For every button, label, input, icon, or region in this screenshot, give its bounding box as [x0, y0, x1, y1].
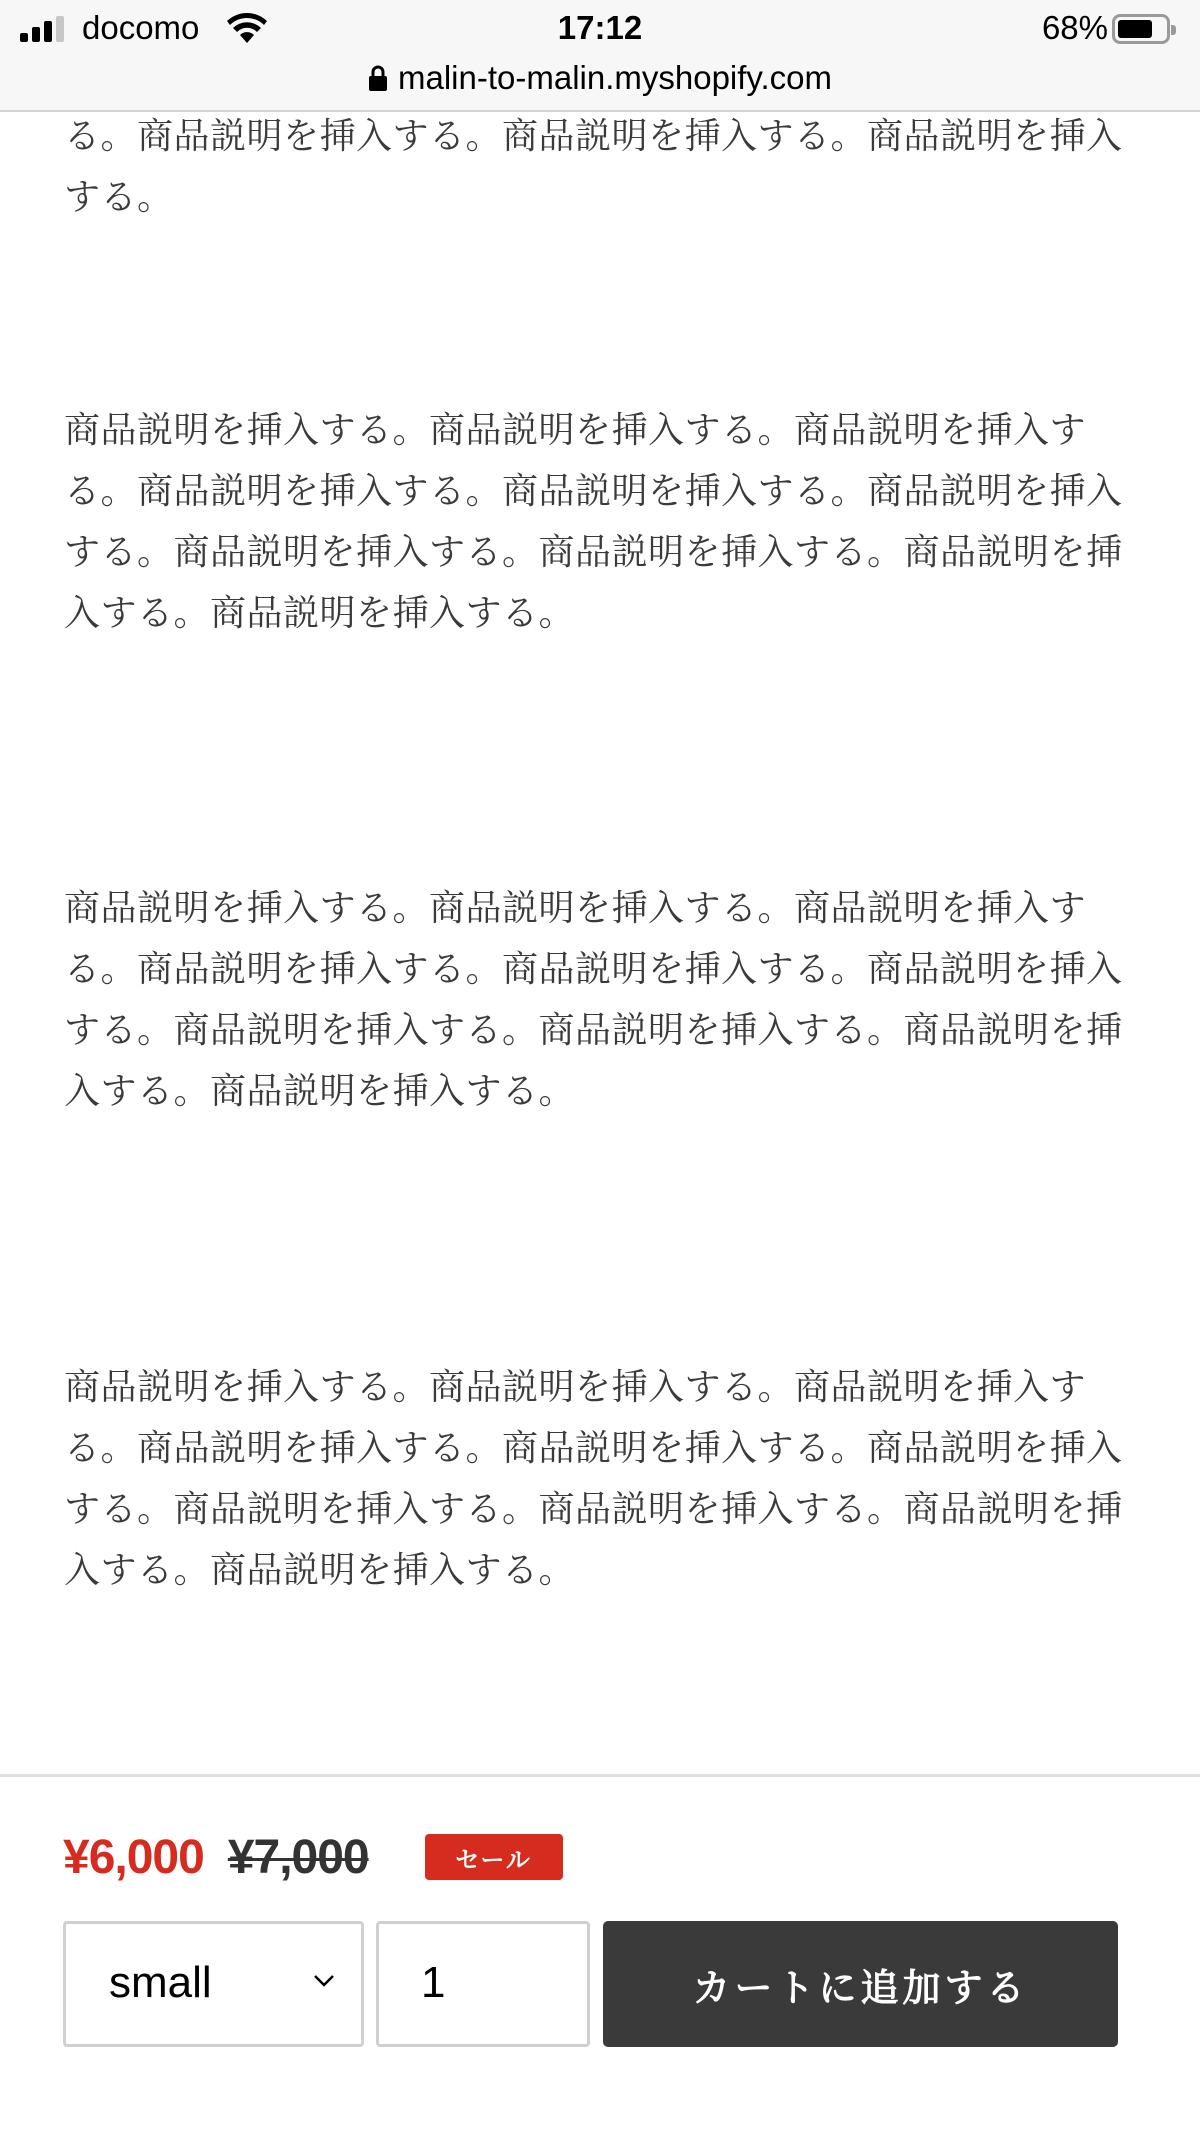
- compare-at-price: ¥7,000: [228, 1830, 369, 1885]
- purchase-controls: small 1 カートに追加する: [63, 1921, 1118, 2047]
- battery-percent: 68%: [1042, 9, 1108, 47]
- description-paragraph: 商品説明を挿入する。商品説明を挿入する。商品説明を挿入する。商品説明を挿入する。…: [64, 400, 1126, 644]
- url-bar[interactable]: malin-to-malin.myshopify.com: [0, 58, 1200, 110]
- chevron-down-icon: [313, 1974, 335, 1988]
- url-text: malin-to-malin.myshopify.com: [398, 59, 832, 97]
- lock-icon: [368, 64, 388, 92]
- add-to-cart-button[interactable]: カートに追加する: [603, 1921, 1118, 2047]
- purchase-bar: ¥6,000 ¥7,000 セール small 1 カートに追加する: [0, 1774, 1200, 2133]
- battery-icon: [1112, 14, 1170, 44]
- description-paragraph: 商品説明を挿入する。商品説明を挿入する。商品説明を挿入する。商品説明を挿入する。…: [64, 1357, 1126, 1601]
- add-to-cart-label: カートに追加する: [692, 1957, 1028, 2012]
- variant-value: small: [109, 1958, 212, 2008]
- browser-chrome: docomo 17:12 68% malin-to-malin.myshopif…: [0, 0, 1200, 112]
- variant-select[interactable]: small: [63, 1921, 364, 2047]
- sale-badge: セール: [425, 1834, 563, 1880]
- price-row: ¥6,000 ¥7,000 セール: [63, 1827, 563, 1887]
- clock: 17:12: [0, 9, 1200, 47]
- sale-price: ¥6,000: [63, 1830, 204, 1885]
- description-paragraph: 商品説明を挿入する。商品説明を挿入する。商品説明を挿入する。商品説明を挿入する。…: [64, 878, 1126, 1122]
- description-paragraph-partial: る。商品説明を挿入する。商品説明を挿入する。商品説明を挿入する。: [64, 106, 1126, 228]
- quantity-input[interactable]: 1: [376, 1921, 590, 2047]
- quantity-value: 1: [421, 1958, 445, 2008]
- status-bar: docomo 17:12 68%: [0, 0, 1200, 58]
